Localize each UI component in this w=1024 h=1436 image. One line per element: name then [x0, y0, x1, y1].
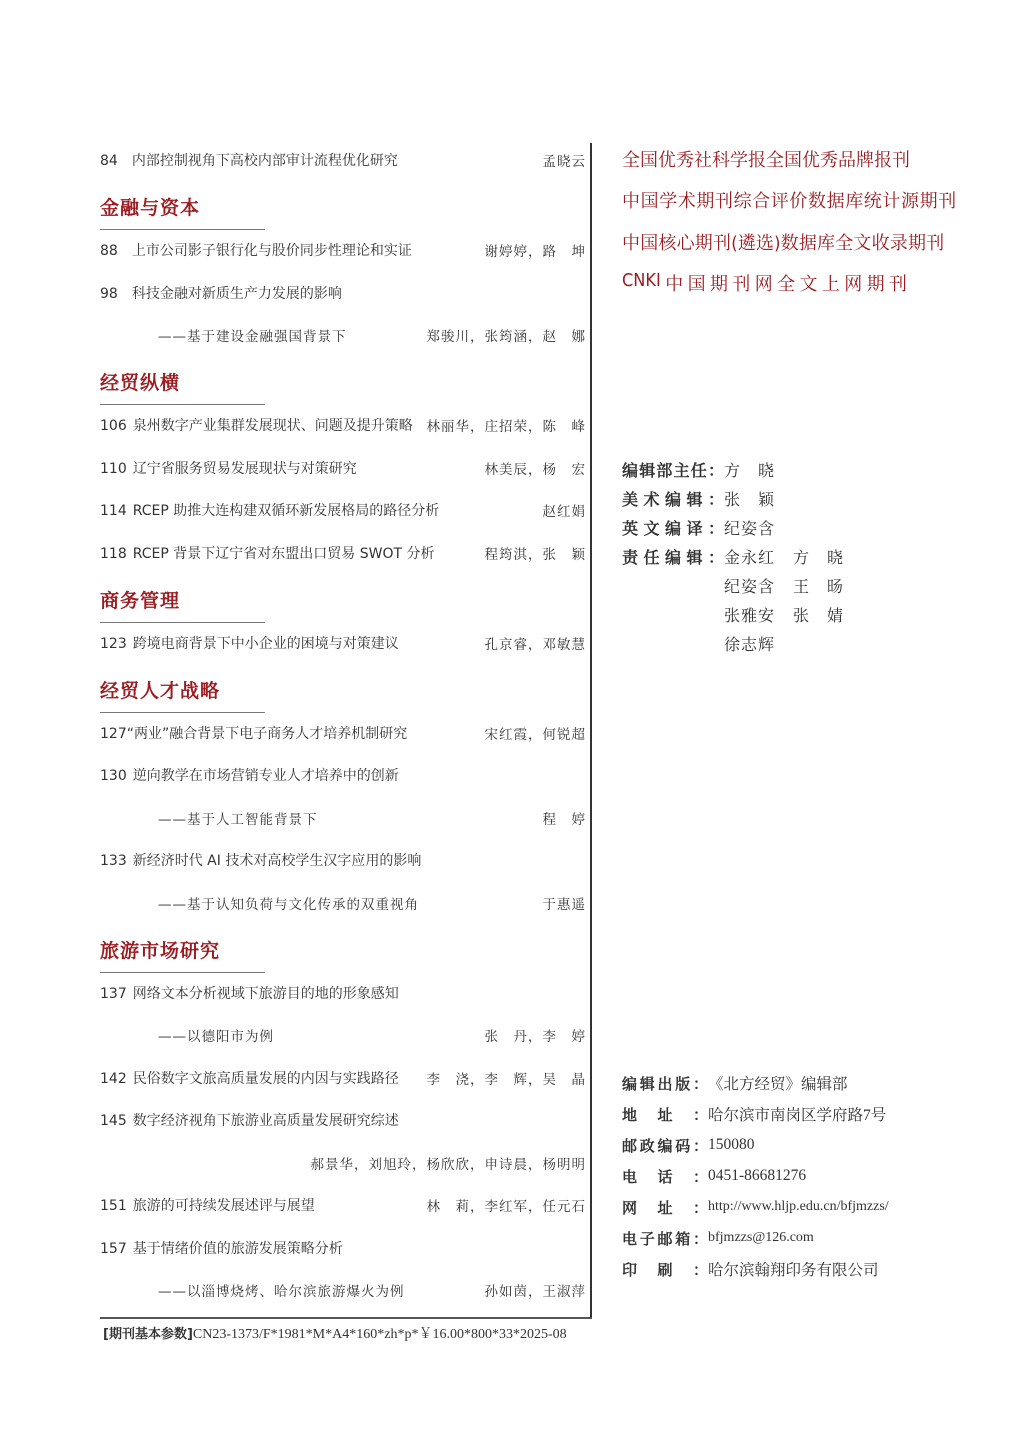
toc-subtitle-row[interactable]: ——基于建设金融强国背景下 郑骏川，张筠涵，赵 娜 — [100, 323, 586, 347]
article-authors: 宋红霞，何锐超 — [485, 723, 587, 743]
email-link[interactable]: bfjmzzs@126.com — [708, 1230, 814, 1246]
column-divider — [590, 143, 592, 1319]
staff-value: 方 晓 — [724, 458, 775, 481]
toc-subtitle-row[interactable]: ——基于人工智能背景下 程 婷 — [100, 806, 586, 830]
staff-value: 张 颖 — [724, 487, 775, 510]
toc-authors-row[interactable]: 郝景华，刘旭玲，杨欣欣，申诗晨，杨明明 — [100, 1151, 586, 1175]
honor-line: 中国核心期刊(遴选)数据库全文收录期刊 — [622, 229, 907, 255]
article-title: 辽宁省服务贸易发展现状与对策研究 — [133, 461, 357, 477]
bottom-rule — [100, 1317, 592, 1319]
article-subtitle: ——基于人工智能背景下 — [100, 808, 318, 828]
publisher-row-website: 网址： http://www.hljp.edu.cn/bfjmzzs/ — [622, 1192, 889, 1222]
toc-subtitle-row[interactable]: ——基于认知负荷与文化传承的双重视角 于惠遥 — [100, 891, 586, 915]
page-number: 127 — [100, 726, 127, 742]
article-authors: 程筠淇，张 颖 — [485, 543, 587, 563]
toc-entry[interactable]: 88上市公司影子银行化与股价同步性理论和实证 谢婷婷，路 坤 — [100, 238, 586, 262]
publisher-row-editor: 编辑出版： 《北方经贸》编辑部 — [622, 1068, 848, 1098]
article-authors: 林丽华，庄招荣，陈 峰 — [427, 415, 587, 435]
honor-line: 中国学术期刊综合评价数据库统计源期刊 — [622, 187, 907, 213]
page-number: 123 — [100, 636, 127, 652]
toc-entry[interactable]: 114RCEP 助推大连构建双循环新发展格局的路径分析 赵红娟 — [100, 498, 586, 522]
toc-entry[interactable]: 130逆向教学在市场营销专业人才培养中的创新 — [100, 763, 586, 787]
article-title: 泉州数字产业集群发展现状、问题及提升策略 — [133, 418, 413, 434]
article-title: 科技金融对新质生产力发展的影响 — [132, 286, 342, 302]
website-link[interactable]: http://www.hljp.edu.cn/bfjmzzs/ — [708, 1199, 889, 1215]
toc-entry[interactable]: 106泉州数字产业集群发展现状、问题及提升策略 林丽华，庄招荣，陈 峰 — [100, 413, 586, 437]
article-authors: 张 丹，李 婷 — [485, 1025, 587, 1045]
article-title: 跨境电商背景下中小企业的困境与对策建议 — [133, 636, 399, 652]
article-title: 上市公司影子银行化与股价同步性理论和实证 — [132, 243, 412, 259]
publisher-row-printer: 印刷： 哈尔滨翰翔印务有限公司 — [622, 1254, 879, 1284]
toc-entry[interactable]: 127“两业”融合背景下电子商务人才培养机制研究 宋红霞，何锐超 — [100, 721, 586, 745]
section-rule — [100, 622, 265, 623]
page-number: 137 — [100, 986, 127, 1002]
article-authors: 林 莉，李红军，任元石 — [427, 1195, 587, 1215]
article-subtitle: ——基于建设金融强国背景下 — [100, 325, 347, 345]
article-title: 逆向教学在市场营销专业人才培养中的创新 — [133, 768, 399, 784]
article-title: 内部控制视角下高校内部审计流程优化研究 — [132, 153, 398, 169]
toc-subtitle-row[interactable]: ——以德阳市为例 张 丹，李 婷 — [100, 1023, 586, 1047]
toc-entry[interactable]: 145数字经济视角下旅游业高质量发展研究综述 — [100, 1108, 586, 1132]
toc-entry[interactable]: 110辽宁省服务贸易发展现状与对策研究 林美辰，杨 宏 — [100, 456, 586, 480]
article-title: 基于情绪价值的旅游发展策略分析 — [133, 1241, 343, 1257]
page-number: 88 — [100, 243, 118, 259]
page-number: 118 — [100, 546, 127, 562]
staff-row-english-editor: 英文编译： 纪姿含 — [622, 513, 775, 541]
staff-row-responsible-editors: 责任编辑： 金永红方 晓 — [622, 542, 844, 570]
article-authors: 郑骏川，张筠涵，赵 娜 — [427, 325, 587, 345]
page-number: 106 — [100, 418, 127, 434]
staff-value: 张雅安张 婧 — [724, 603, 844, 626]
toc-entry[interactable]: 118RCEP 背景下辽宁省对东盟出口贸易 SWOT 分析 程筠淇，张 颖 — [100, 541, 586, 565]
page-number: 145 — [100, 1113, 127, 1129]
section-rule — [100, 712, 265, 713]
staff-row-responsible-editors-cont: 徐志辉 — [724, 629, 775, 657]
staff-value: 徐志辉 — [724, 632, 775, 655]
toc-entry[interactable]: 123跨境电商背景下中小企业的困境与对策建议 孔京睿，邓敏慧 — [100, 631, 586, 655]
staff-label: 英文编译： — [622, 516, 724, 539]
toc-entry[interactable]: 151旅游的可持续发展述评与展望 林 莉，李红军，任元石 — [100, 1193, 586, 1217]
page-number: 133 — [100, 853, 127, 869]
article-authors: 林美辰，杨 宏 — [485, 458, 587, 478]
page-number: 157 — [100, 1241, 127, 1257]
page-number: 130 — [100, 768, 127, 784]
section-heading-talent: 经贸人才战略 — [100, 676, 220, 703]
article-subtitle: ——以淄博烧烤、哈尔滨旅游爆火为例 — [100, 1280, 405, 1300]
page-number: 142 — [100, 1071, 127, 1087]
article-title: 民俗数字文旅高质量发展的内因与实践路径 — [133, 1071, 399, 1087]
article-authors: 谢婷婷，路 坤 — [485, 240, 587, 260]
article-title: 数字经济视角下旅游业高质量发展研究综述 — [133, 1113, 399, 1129]
article-authors: 孔京睿，邓敏慧 — [485, 633, 587, 653]
article-subtitle: ——基于认知负荷与文化传承的双重视角 — [100, 893, 419, 913]
staff-label: 美术编辑： — [622, 487, 724, 510]
publisher-row-email: 电子邮箱： bfjmzzs@126.com — [622, 1223, 814, 1253]
honor-line: 全国优秀社科学报 全国优秀品牌报刊 — [622, 146, 907, 172]
section-heading-tourism: 旅游市场研究 — [100, 936, 220, 963]
journal-parameters: [期刊基本参数]CN23-1373/F*1981*M*A4*160*zh*p*￥… — [103, 1323, 567, 1343]
page-number: 84 — [100, 153, 118, 169]
article-title: 网络文本分析视域下旅游目的地的形象感知 — [133, 986, 399, 1002]
section-heading-finance: 金融与资本 — [100, 193, 200, 220]
publisher-row-phone: 电话： 0451-86681276 — [622, 1161, 806, 1191]
article-title: 旅游的可持续发展述评与展望 — [133, 1198, 315, 1214]
staff-label: 编辑部主任： — [622, 458, 724, 481]
toc-entry[interactable]: 142民俗数字文旅高质量发展的内因与实践路径 李 浇，李 辉，吴 晶 — [100, 1066, 586, 1090]
page-number: 110 — [100, 461, 127, 477]
honor-line-cnki: CNKI 中 国 期 刊 网 全 文 上 网 期 刊 — [622, 270, 907, 296]
article-authors: 孟晓云 — [543, 150, 587, 170]
staff-value: 纪姿含王 旸 — [724, 574, 844, 597]
staff-value: 金永红方 晓 — [724, 545, 844, 568]
page-number: 114 — [100, 503, 127, 519]
staff-value: 纪姿含 — [724, 516, 775, 539]
toc-entry[interactable]: 84内部控制视角下高校内部审计流程优化研究 孟晓云 — [100, 148, 586, 172]
section-rule — [100, 404, 265, 405]
staff-row-responsible-editors-cont: 纪姿含王 旸 — [724, 571, 844, 599]
toc-entry[interactable]: 133新经济时代 AI 技术对高校学生汉字应用的影响 — [100, 848, 586, 872]
staff-row-responsible-editors-cont: 张雅安张 婧 — [724, 600, 844, 628]
page-number: 98 — [100, 286, 118, 302]
article-authors: 程 婷 — [543, 808, 587, 828]
article-subtitle: ——以德阳市为例 — [100, 1025, 274, 1045]
section-heading-trade: 经贸纵横 — [100, 368, 180, 395]
section-rule — [100, 229, 265, 230]
section-heading-business: 商务管理 — [100, 586, 180, 613]
publisher-row-postcode: 邮政编码： 150080 — [622, 1130, 755, 1160]
toc-subtitle-row[interactable]: ——以淄博烧烤、哈尔滨旅游爆火为例 孙如茵，王淑萍 — [100, 1278, 586, 1302]
article-authors: 于惠遥 — [543, 893, 587, 913]
staff-label: 责任编辑： — [622, 545, 724, 568]
staff-row-chief-editor: 编辑部主任： 方 晓 — [622, 455, 775, 483]
article-title: RCEP 助推大连构建双循环新发展格局的路径分析 — [133, 503, 440, 519]
toc-entry[interactable]: 137网络文本分析视域下旅游目的地的形象感知 — [100, 981, 586, 1005]
article-authors: 孙如茵，王淑萍 — [485, 1280, 587, 1300]
toc-entry[interactable]: 157基于情绪价值的旅游发展策略分析 — [100, 1236, 586, 1260]
article-authors: 赵红娟 — [543, 500, 587, 520]
staff-row-art-editor: 美术编辑： 张 颖 — [622, 484, 775, 512]
params-value: CN23-1373/F*1981*M*A4*160*zh*p*￥16.00*80… — [193, 1327, 567, 1342]
params-label: [期刊基本参数] — [103, 1327, 193, 1342]
toc-entry[interactable]: 98科技金融对新质生产力发展的影响 — [100, 281, 586, 305]
article-authors: 李 浇，李 辉，吴 晶 — [427, 1068, 587, 1088]
article-authors: 郝景华，刘旭玲，杨欣欣，申诗晨，杨明明 — [311, 1153, 587, 1173]
article-title: “两业”融合背景下电子商务人才培养机制研究 — [127, 726, 408, 742]
page-number: 151 — [100, 1198, 127, 1214]
article-title: 新经济时代 AI 技术对高校学生汉字应用的影响 — [133, 853, 422, 869]
section-rule — [100, 972, 265, 973]
publisher-row-address: 地址： 哈尔滨市南岗区学府路7号 — [622, 1099, 886, 1129]
article-title: RCEP 背景下辽宁省对东盟出口贸易 SWOT 分析 — [133, 546, 435, 562]
